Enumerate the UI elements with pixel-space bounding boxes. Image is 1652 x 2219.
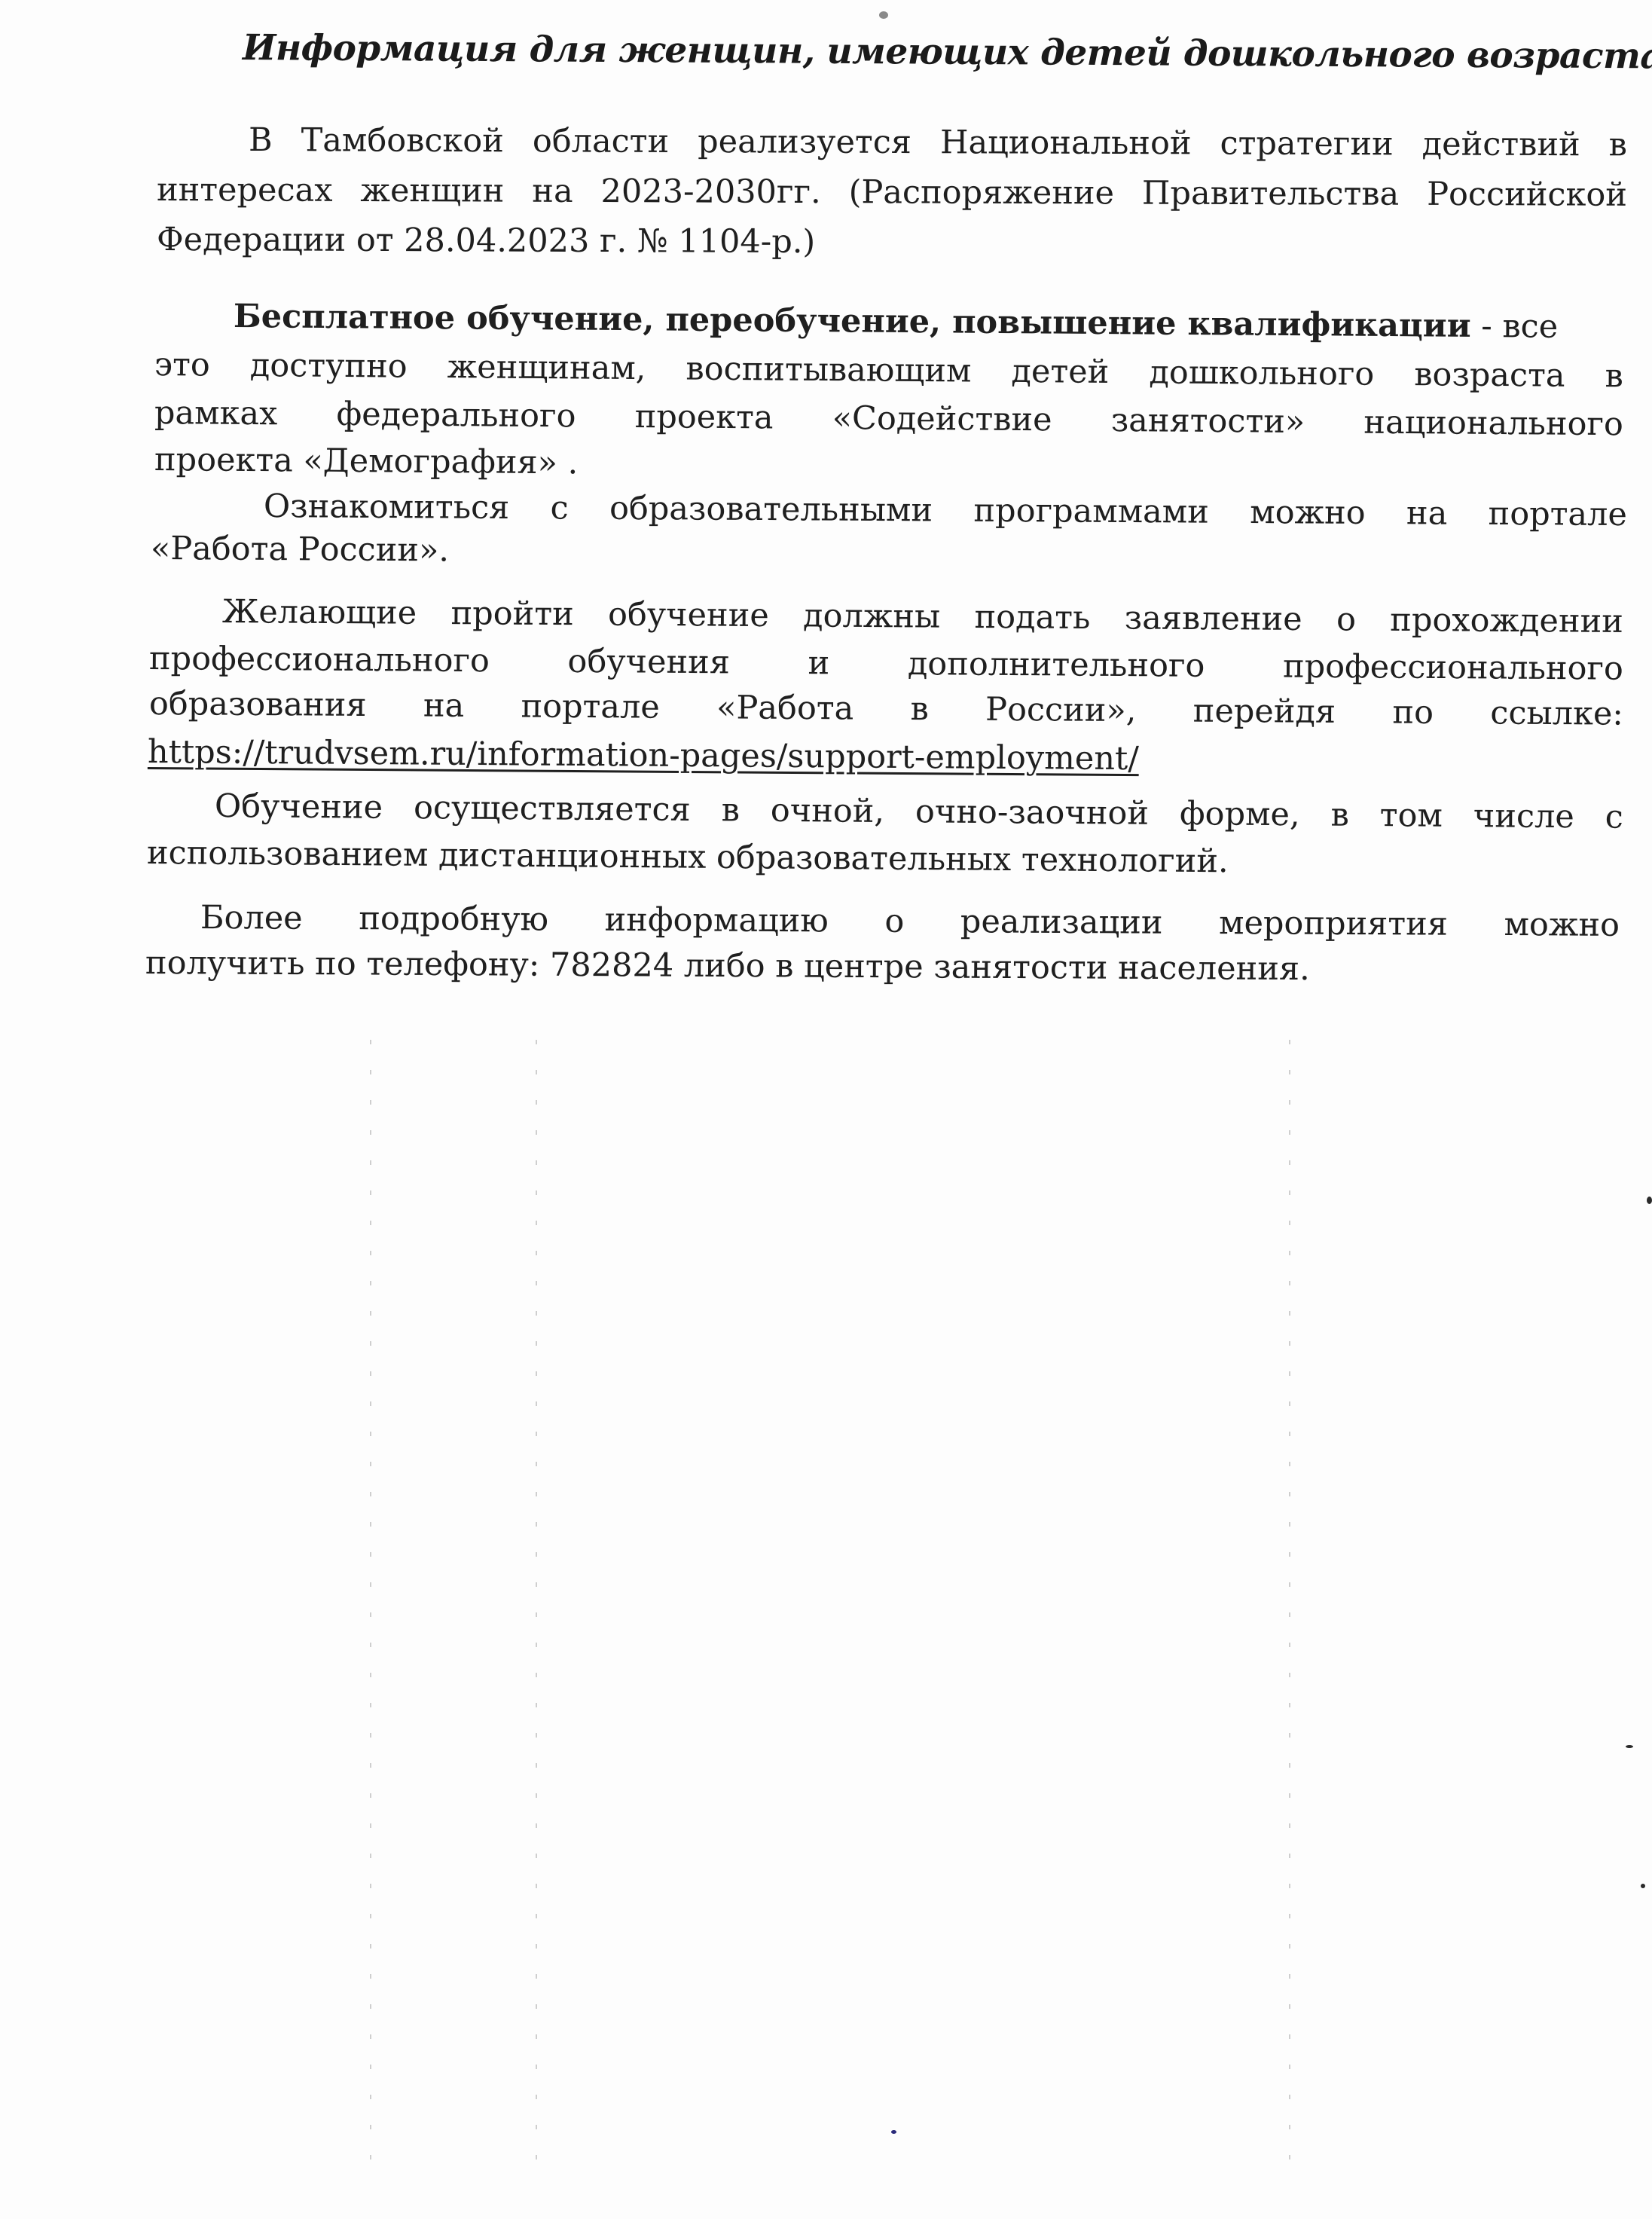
- word: Желающие: [222, 591, 417, 634]
- word: 2023-2030гг.: [600, 170, 820, 213]
- word: с: [550, 487, 568, 529]
- word: обучения: [567, 640, 730, 684]
- word: очной,: [771, 790, 885, 833]
- paragraph-form-line-2: использованием дистанционных образовател…: [147, 832, 1229, 882]
- paragraph-free-training-line-4: проекта «Демография» .: [154, 439, 579, 484]
- word: образования: [149, 683, 367, 726]
- word: о: [884, 900, 904, 943]
- word: с: [1605, 796, 1624, 838]
- paragraph-strategy-line-1: ВТамбовскойобластиреализуетсяНационально…: [249, 119, 1627, 166]
- word: том: [1380, 794, 1443, 837]
- scan-speck: [1641, 1884, 1645, 1888]
- word: можно: [1504, 903, 1620, 946]
- paragraph-programs-line-2: «Работа России».: [151, 527, 449, 571]
- word: национального: [1363, 402, 1623, 446]
- scan-streak: [1289, 1040, 1290, 2170]
- word: «Работа: [716, 686, 853, 729]
- word: очно-заочной: [915, 790, 1149, 834]
- word: прохождении: [1390, 599, 1623, 643]
- word: это: [154, 344, 210, 387]
- word: на: [532, 170, 573, 212]
- word: Более: [200, 897, 303, 940]
- paragraph-form-line-1: Обучениеосуществляетсявочной,очно-заочно…: [215, 785, 1623, 839]
- word: портале: [1488, 493, 1627, 536]
- word: ссылке:: [1490, 692, 1623, 735]
- word: федерального: [336, 393, 576, 437]
- word: Национальной: [940, 121, 1192, 164]
- word: профессионального: [149, 637, 490, 682]
- word: интересах: [157, 169, 333, 212]
- scan-speck: [1647, 1197, 1652, 1204]
- word: рамках: [154, 392, 278, 435]
- word: Ознакомиться: [264, 485, 510, 529]
- paragraph-strategy-line-3: Федерации от 28.04.2023 г. № 1104-р.): [157, 219, 815, 263]
- word: возраста: [1414, 353, 1565, 397]
- word: дополнительного: [908, 643, 1205, 687]
- paragraph-free-training-line-2: этодоступноженщинам,воспитывающимдетейдо…: [154, 344, 1623, 397]
- word: доступно: [250, 344, 408, 388]
- paragraph-strategy-line-2: интересахженщинна2023-2030гг.(Распоряжен…: [157, 169, 1627, 216]
- word: «Содействие: [832, 397, 1052, 441]
- word: профессионального: [1283, 646, 1623, 690]
- word: подать: [974, 596, 1090, 639]
- word: (Распоряжение: [849, 171, 1115, 214]
- paragraph-programs-line-1: Ознакомитьсясобразовательнымипрограммами…: [264, 485, 1627, 536]
- paragraph-contact-line-2: получить по телефону: 782824 либо в цент…: [145, 942, 1310, 990]
- scan-streak: [536, 1040, 537, 2170]
- word: должны: [803, 594, 941, 637]
- word: Правительства: [1142, 173, 1399, 215]
- word: Тамбовской: [301, 119, 504, 162]
- word: стратегии: [1220, 123, 1393, 166]
- scanned-page: Информация для женщин, имеющих детей дош…: [0, 0, 1652, 2219]
- word: России»,: [985, 689, 1137, 732]
- word: Российской: [1427, 173, 1627, 216]
- word: воспитывающим: [686, 348, 971, 393]
- word: пройти: [450, 592, 574, 635]
- word: обучение: [608, 594, 769, 637]
- scan-speck: [1626, 1745, 1633, 1748]
- document-title: Информация для женщин, имеющих детей дош…: [243, 26, 1561, 79]
- word: по: [1392, 692, 1434, 734]
- word: о: [1336, 598, 1356, 640]
- word: реализуется: [698, 121, 912, 164]
- paragraph-apply-line-3: образованиянапортале«РаботавРоссии»,пере…: [149, 683, 1623, 735]
- word: на: [1406, 492, 1448, 534]
- word: дошкольного: [1149, 351, 1374, 395]
- word: Обучение: [215, 785, 383, 829]
- support-employment-link[interactable]: https://trudvsem.ru/information-pages/su…: [148, 733, 1139, 778]
- paragraph-contact-line-1: Болееподробнуюинформациюореализациимероп…: [200, 897, 1620, 946]
- word: информацию: [604, 899, 829, 943]
- word: форме,: [1180, 793, 1300, 836]
- word: и: [808, 642, 829, 684]
- word: перейдя: [1193, 690, 1336, 733]
- word: проекта: [634, 396, 773, 439]
- scan-streak: [370, 1040, 371, 2170]
- word: можно: [1250, 491, 1366, 534]
- paragraph-apply-line-1: Желающиепройтиобучениедолжныподатьзаявле…: [222, 591, 1623, 643]
- word: детей: [1011, 350, 1109, 393]
- word: образовательными: [609, 488, 933, 532]
- word: в: [1609, 124, 1627, 166]
- word: женщинам,: [447, 346, 646, 390]
- paragraph-free-training-line-1: Бесплатное обучение, переобучение, повыш…: [234, 295, 1627, 349]
- free-training-lead: Бесплатное обучение, переобучение, повыш…: [234, 298, 1471, 345]
- word: В: [249, 119, 273, 161]
- scan-speck: [879, 11, 888, 19]
- word: в: [1330, 794, 1349, 836]
- word: подробную: [359, 897, 548, 940]
- word: мероприятия: [1219, 902, 1448, 946]
- word: реализации: [960, 900, 1163, 943]
- word: области: [533, 120, 669, 163]
- word: программами: [973, 490, 1209, 533]
- paragraph-apply-line-2: профессиональногообученияидополнительног…: [149, 637, 1623, 690]
- paragraph-apply-line-4: https://trudvsem.ru/information-pages/su…: [148, 731, 1139, 780]
- word: в: [1605, 355, 1623, 397]
- word: действий: [1422, 123, 1580, 166]
- scan-speck: [891, 2130, 896, 2134]
- word: женщин: [360, 170, 504, 212]
- word: портале: [521, 685, 660, 728]
- paragraph-free-training-line-3: рамкахфедеральногопроекта«Содействиезаня…: [154, 392, 1623, 445]
- word: занятости»: [1111, 399, 1305, 443]
- word: на: [423, 685, 465, 727]
- word: осуществляется: [414, 787, 691, 831]
- word: числе: [1473, 795, 1574, 838]
- word: заявление: [1125, 597, 1302, 640]
- word: в: [910, 688, 929, 730]
- word: в: [721, 789, 740, 831]
